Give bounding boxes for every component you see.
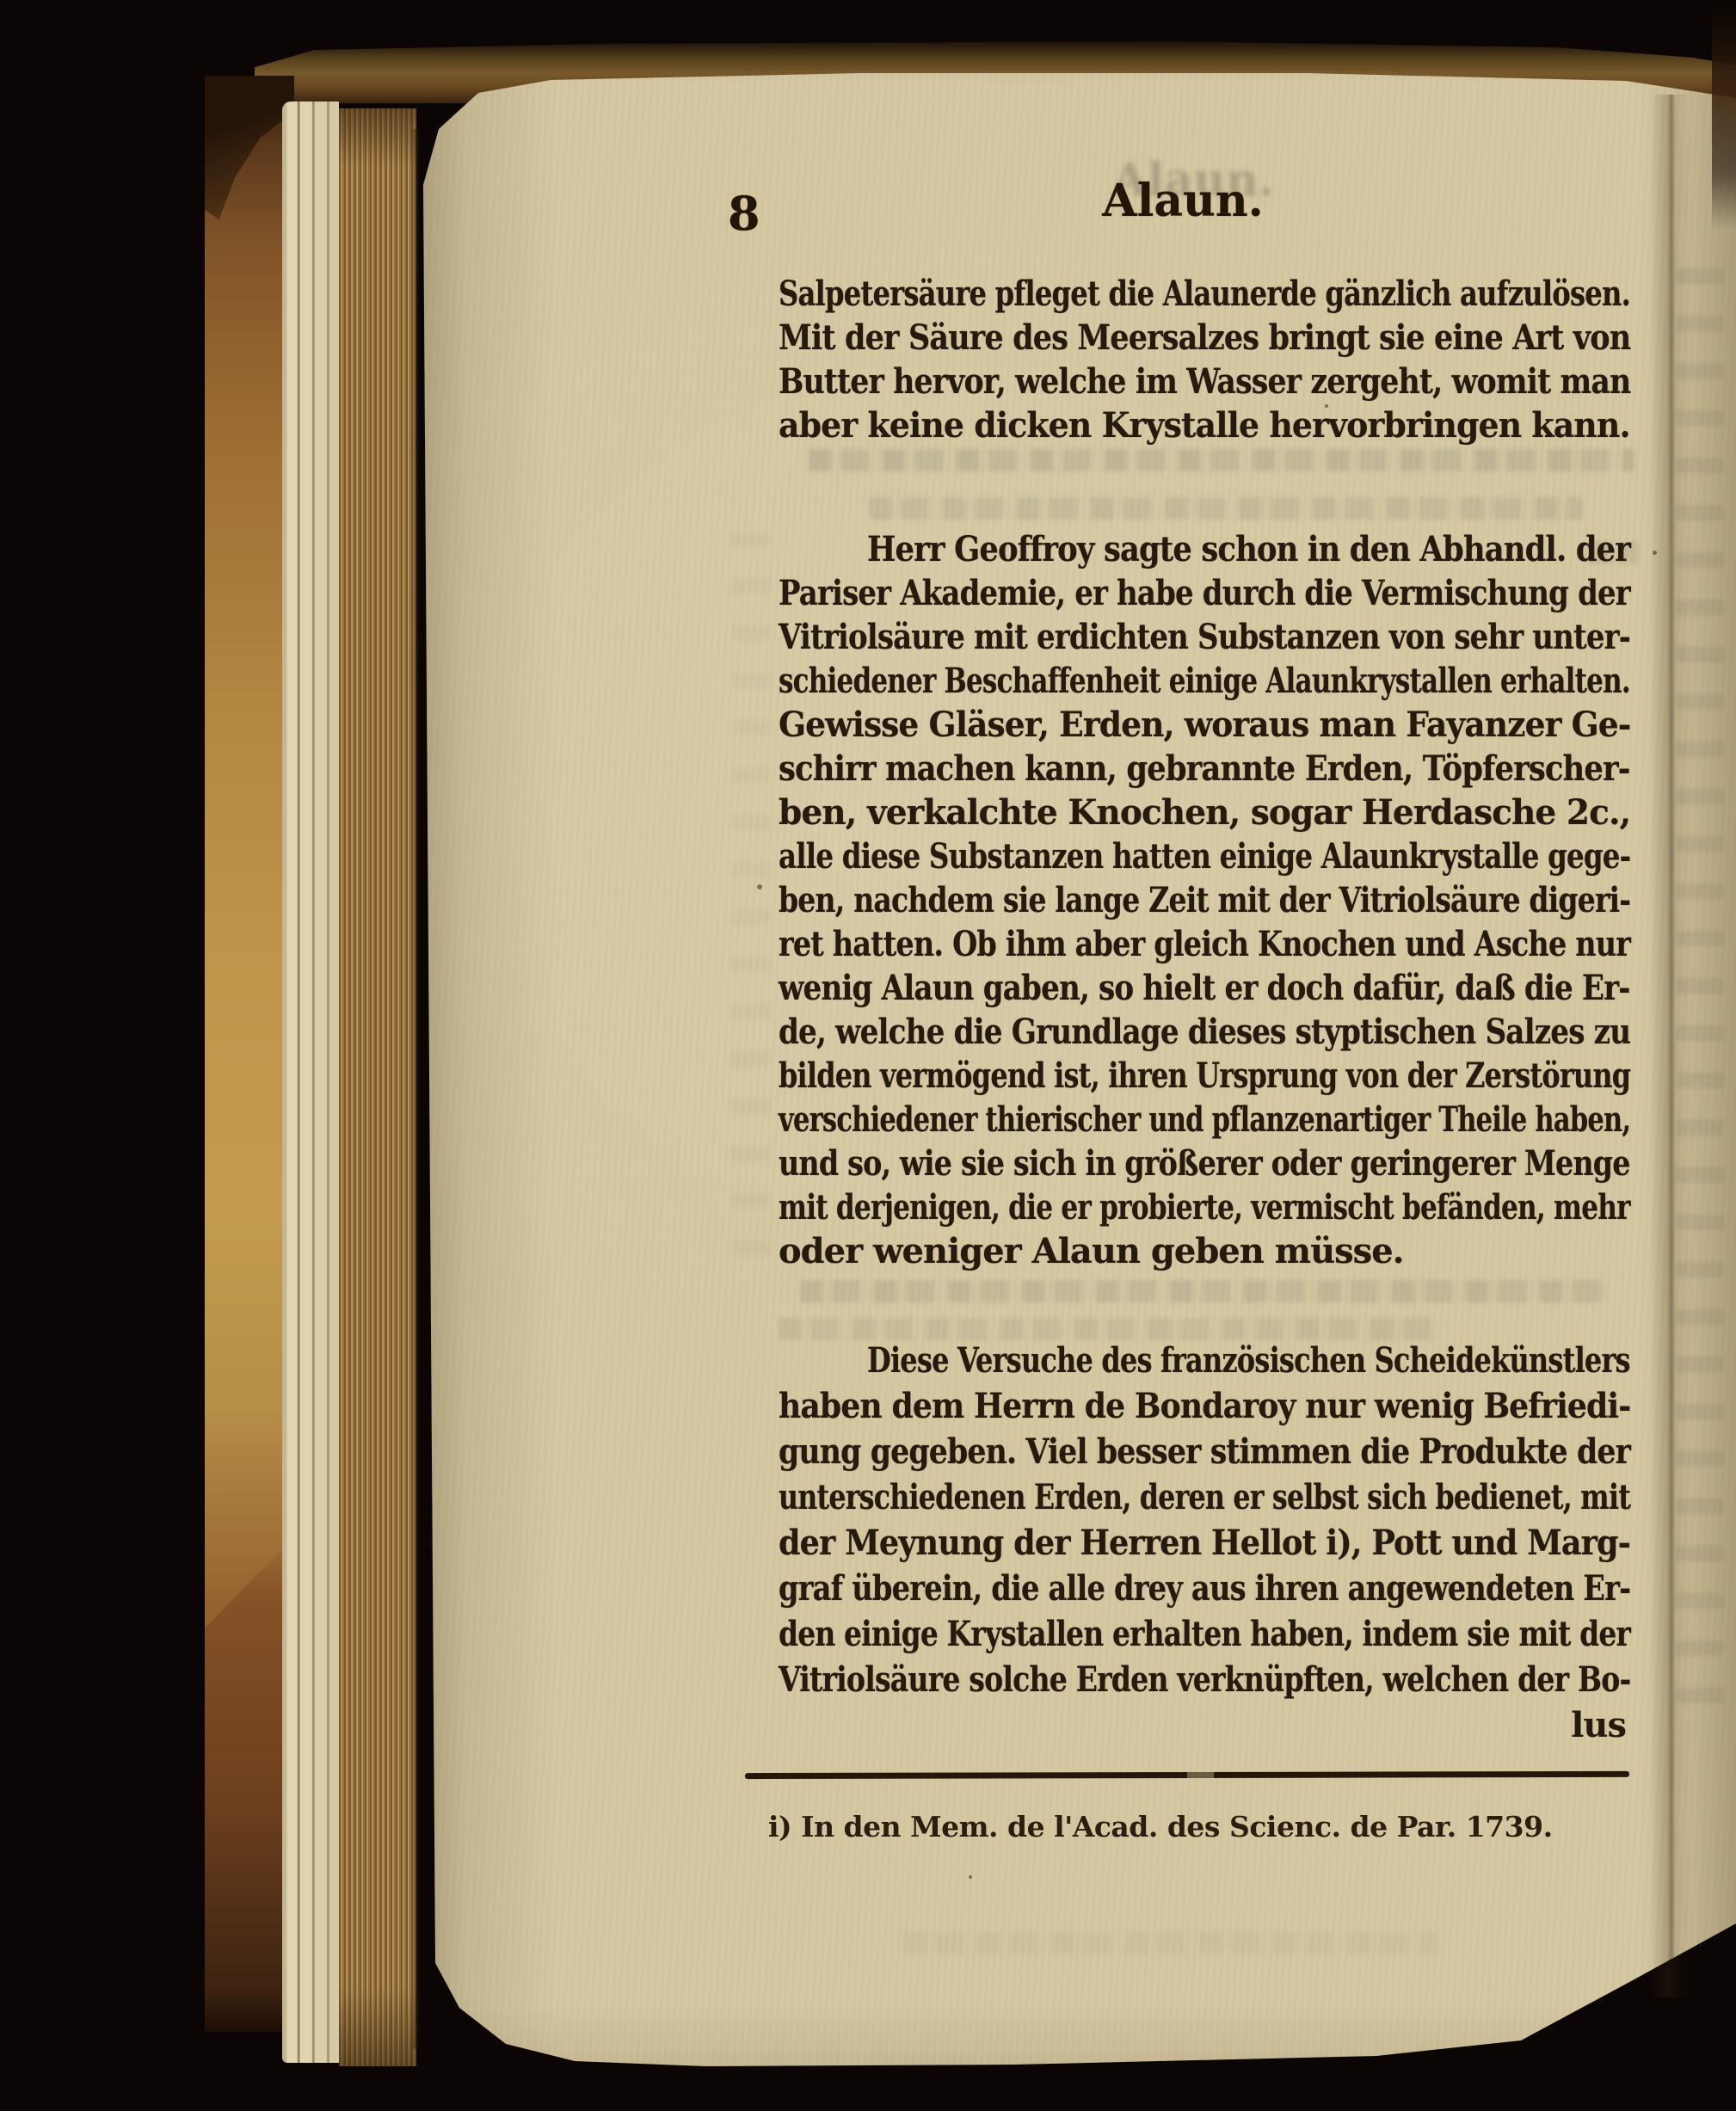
body-line: Vitriolsäure solche Erden verknüpften, w… <box>779 1659 1630 1701</box>
body-line: mit derjenigen, die er probierte, vermis… <box>779 1187 1630 1228</box>
body-line: alle diese Substanzen hatten einige Alau… <box>779 836 1630 877</box>
body-line: wenig Alaun gaben, so hielt er doch dafü… <box>779 968 1630 1009</box>
scanned-book-page-photo: 8 Alaun. Alaun. Salpetersäure pfleget di… <box>0 0 1736 2111</box>
body-line: Diese Versuche des französischen Scheide… <box>867 1340 1630 1382</box>
body-line: ret hatten. Ob ihm aber gleich Knochen u… <box>779 924 1630 965</box>
body-line: und so, wie sie sich in größerer oder ge… <box>779 1143 1630 1185</box>
body-line: oder weniger Alaun geben müsse. <box>779 1231 1404 1272</box>
body-line: unterschiedenen Erden, deren er selbst s… <box>779 1477 1630 1518</box>
body-line: Mit der Säure des Meersalzes bringt sie … <box>779 317 1630 359</box>
body-line: gung gegeben. Viel besser stimmen die Pr… <box>779 1431 1630 1473</box>
body-line: Salpetersäure pfleget die Alaunerde gänz… <box>779 274 1630 315</box>
body-line: de, welche die Grundlage dieses styptisc… <box>779 1012 1630 1053</box>
body-line: Gewisse Gläser, Erden, woraus man Fayanz… <box>779 705 1630 746</box>
binding-corner-shadow <box>1712 0 1736 231</box>
body-line: verschiedener thierischer und pflanzenar… <box>779 1099 1630 1141</box>
body-line: Herr Geoffroy sagte schon in den Abhandl… <box>867 529 1630 570</box>
body-line: Pariser Akademie, er habe durch die Verm… <box>779 573 1630 614</box>
body-line: Vitriolsäure mit erdichten Substanzen vo… <box>779 617 1630 658</box>
body-line: Butter hervor, welche im Wasser zergeht,… <box>779 361 1630 403</box>
body-line: der Meynung der Herren Hellot i), Pott u… <box>779 1523 1630 1564</box>
body-line: den einige Krystallen erhalten haben, in… <box>779 1614 1630 1655</box>
footnote-rule <box>745 1771 1629 1779</box>
body-line: ben, nachdem sie lange Zeit mit der Vitr… <box>779 880 1630 921</box>
body-line: ben, verkalchte Knochen, sogar Herdasche… <box>779 792 1630 834</box>
body-line: haben dem Herrn de Bondaroy nur wenig Be… <box>779 1386 1630 1427</box>
body-line: aber keine dicken Krystalle hervorbringe… <box>779 405 1630 446</box>
body-line: graf überein, die alle drey aus ihren an… <box>779 1568 1630 1609</box>
page-heading: Alaun. <box>757 177 1609 225</box>
printed-text-layer: 8 Alaun. Alaun. Salpetersäure pfleget di… <box>0 0 1736 2111</box>
page-number: 8 <box>728 189 760 237</box>
body-line: bilden vermögend ist, ihren Ursprung von… <box>779 1055 1630 1097</box>
body-line: schiedener Beschaffenheit einige Alaunkr… <box>779 661 1630 702</box>
footnote: i) In den Mem. de l'Acad. des Scienc. de… <box>768 1810 1553 1844</box>
catchword: lus <box>779 1705 1626 1746</box>
body-line: schirr machen kann, gebrannte Erden, Töp… <box>779 748 1630 790</box>
